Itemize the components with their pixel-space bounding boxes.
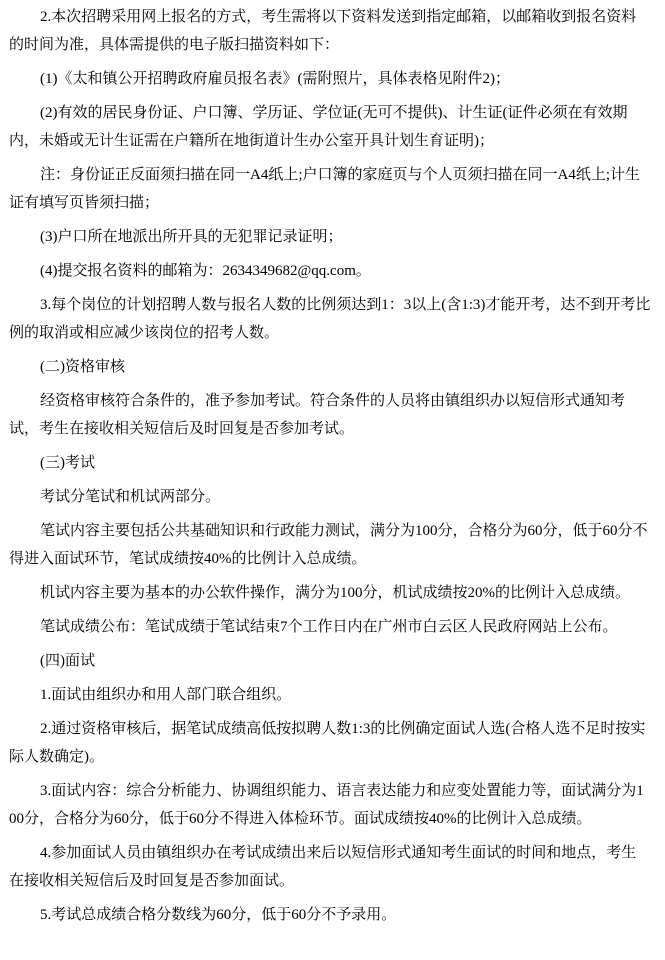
document-page: 2.本次招聘采用网上报名的方式，考生需将以下资料发送到指定邮箱，以邮箱收到报名资… xyxy=(0,0,665,960)
paragraph: 2.本次招聘采用网上报名的方式，考生需将以下资料发送到指定邮箱，以邮箱收到报名资… xyxy=(9,3,651,59)
section-heading: (二)资格审核 xyxy=(9,353,651,381)
section-heading: (四)面试 xyxy=(9,647,651,675)
paragraph: 笔试内容主要包括公共基础知识和行政能力测试，满分为100分，合格分为60分，低于… xyxy=(9,517,651,573)
paragraph: 笔试成绩公布：笔试成绩于笔试结束7个工作日内在广州市白云区人民政府网站上公布。 xyxy=(9,613,651,641)
paragraph: 2.通过资格审核后，据笔试成绩高低按拟聘人数1:3的比例确定面试人选(合格人选不… xyxy=(9,715,651,771)
document-body: 2.本次招聘采用网上报名的方式，考生需将以下资料发送到指定邮箱，以邮箱收到报名资… xyxy=(9,3,651,929)
paragraph: 经资格审核符合条件的，准予参加考试。符合条件的人员将由镇组织办以短信形式通知考试… xyxy=(9,387,651,443)
paragraph: 考试分笔试和机试两部分。 xyxy=(9,483,651,511)
section-heading: (三)考试 xyxy=(9,449,651,477)
paragraph: (2)有效的居民身份证、户口簿、学历证、学位证(无可不提供)、计生证(证件必须在… xyxy=(9,99,651,155)
paragraph: 4.参加面试人员由镇组织办在考试成绩出来后以短信形式通知考生面试的时间和地点，考… xyxy=(9,839,651,895)
paragraph: 机试内容主要为基本的办公软件操作，满分为100分，机试成绩按20%的比例计入总成… xyxy=(9,579,651,607)
paragraph: 1.面试由组织办和用人部门联合组织。 xyxy=(9,681,651,709)
paragraph: 3.面试内容：综合分析能力、协调组织能力、语言表达能力和应变处置能力等，面试满分… xyxy=(9,777,651,833)
paragraph: (4)提交报名资料的邮箱为：2634349682@qq.com。 xyxy=(9,257,651,285)
paragraph: (3)户口所在地派出所开具的无犯罪记录证明； xyxy=(9,223,651,251)
paragraph: 3.每个岗位的计划招聘人数与报名人数的比例须达到1：3以上(含1:3)才能开考，… xyxy=(9,291,651,347)
paragraph: 5.考试总成绩合格分数线为60分，低于60分不予录用。 xyxy=(9,901,651,929)
paragraph: (1)《太和镇公开招聘政府雇员报名表》(需附照片，具体表格见附件2)； xyxy=(9,65,651,93)
paragraph: 注：身份证正反面须扫描在同一A4纸上;户口簿的家庭页与个人页须扫描在同一A4纸上… xyxy=(9,161,651,217)
